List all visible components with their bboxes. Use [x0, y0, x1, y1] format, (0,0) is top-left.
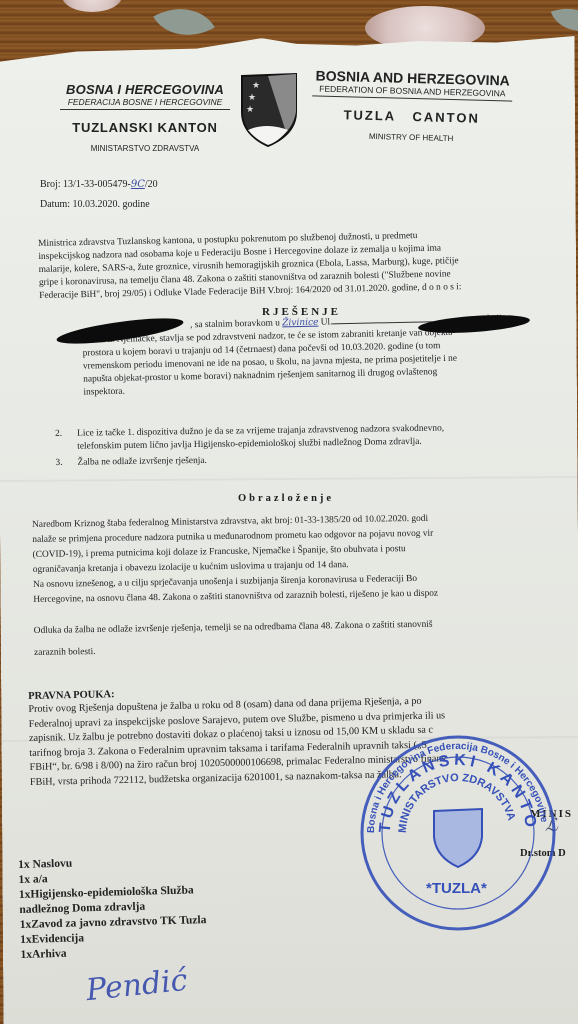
document-date: Datum: 10.03.2020. godine: [40, 198, 150, 211]
federation-name-bs: FEDERACIJA BOSNE I HERCEGOVINE: [60, 97, 230, 110]
residence-handwritten: Živinice: [282, 318, 318, 329]
reasoning-title: Obrazloženje: [238, 493, 334, 504]
svg-text:★: ★: [248, 92, 256, 102]
item-number: 3.: [55, 457, 77, 470]
svg-text:★: ★: [246, 104, 254, 114]
tablecloth-leaf: [153, 0, 215, 51]
canton-name-en: TUZLA CANTON: [312, 106, 512, 126]
decision-items: 2. Lice iz tačke 1. dispozitiva dužno je…: [55, 421, 566, 470]
ministry-name-bs: MINISTARSTVO ZDRAVSTVA: [60, 144, 230, 153]
distribution-list: 1x Naslovu 1x a/a 1xHigijensko-epidemiol…: [18, 853, 207, 963]
official-stamp: Bosna i Hercegovina Federacija Bosne i H…: [358, 733, 558, 933]
document-number-suffix: /20: [145, 179, 158, 190]
tablecloth-flower: [62, 0, 122, 12]
coat-of-arms-icon: ★ ★ ★: [238, 72, 300, 148]
stamp-crest-icon: [434, 809, 482, 867]
stamp-city: *TUZLA*: [426, 880, 487, 897]
country-name-bs: BOSNA I HERCEGOVINA: [60, 82, 230, 97]
tablecloth-leaf: [551, 0, 578, 42]
document-number: Broj: 13/1-33-005479-9C/20: [40, 178, 158, 191]
document-number-label: Broj: 13/1-33-005479-: [40, 179, 131, 190]
intro-paragraph: Ministrica zdravstva Tuzlanskog kantona,…: [38, 227, 561, 303]
decision-line: Žalba ne odlaže izvršenje rješenja.: [77, 455, 207, 470]
canton-name-bs: TUZLANSKI KANTON: [60, 120, 230, 135]
street-label: Ul.: [321, 317, 333, 327]
item-number: 2.: [55, 428, 77, 454]
residence-label: , sa stalnim boravkom u: [190, 318, 280, 330]
letterhead-left: BOSNA I HERCEGOVINA FEDERACIJA BOSNE I H…: [60, 82, 230, 153]
reasoning-paragraph: Naredbom Kriznog štaba federalnog Minist…: [32, 509, 578, 664]
letterhead-right: BOSNIA AND HERZEGOVINA FEDERATION OF BOS…: [311, 67, 513, 144]
paper-fold: [0, 476, 578, 482]
svg-text:★: ★: [252, 80, 260, 90]
document-number-handwritten: 9C: [131, 179, 145, 190]
